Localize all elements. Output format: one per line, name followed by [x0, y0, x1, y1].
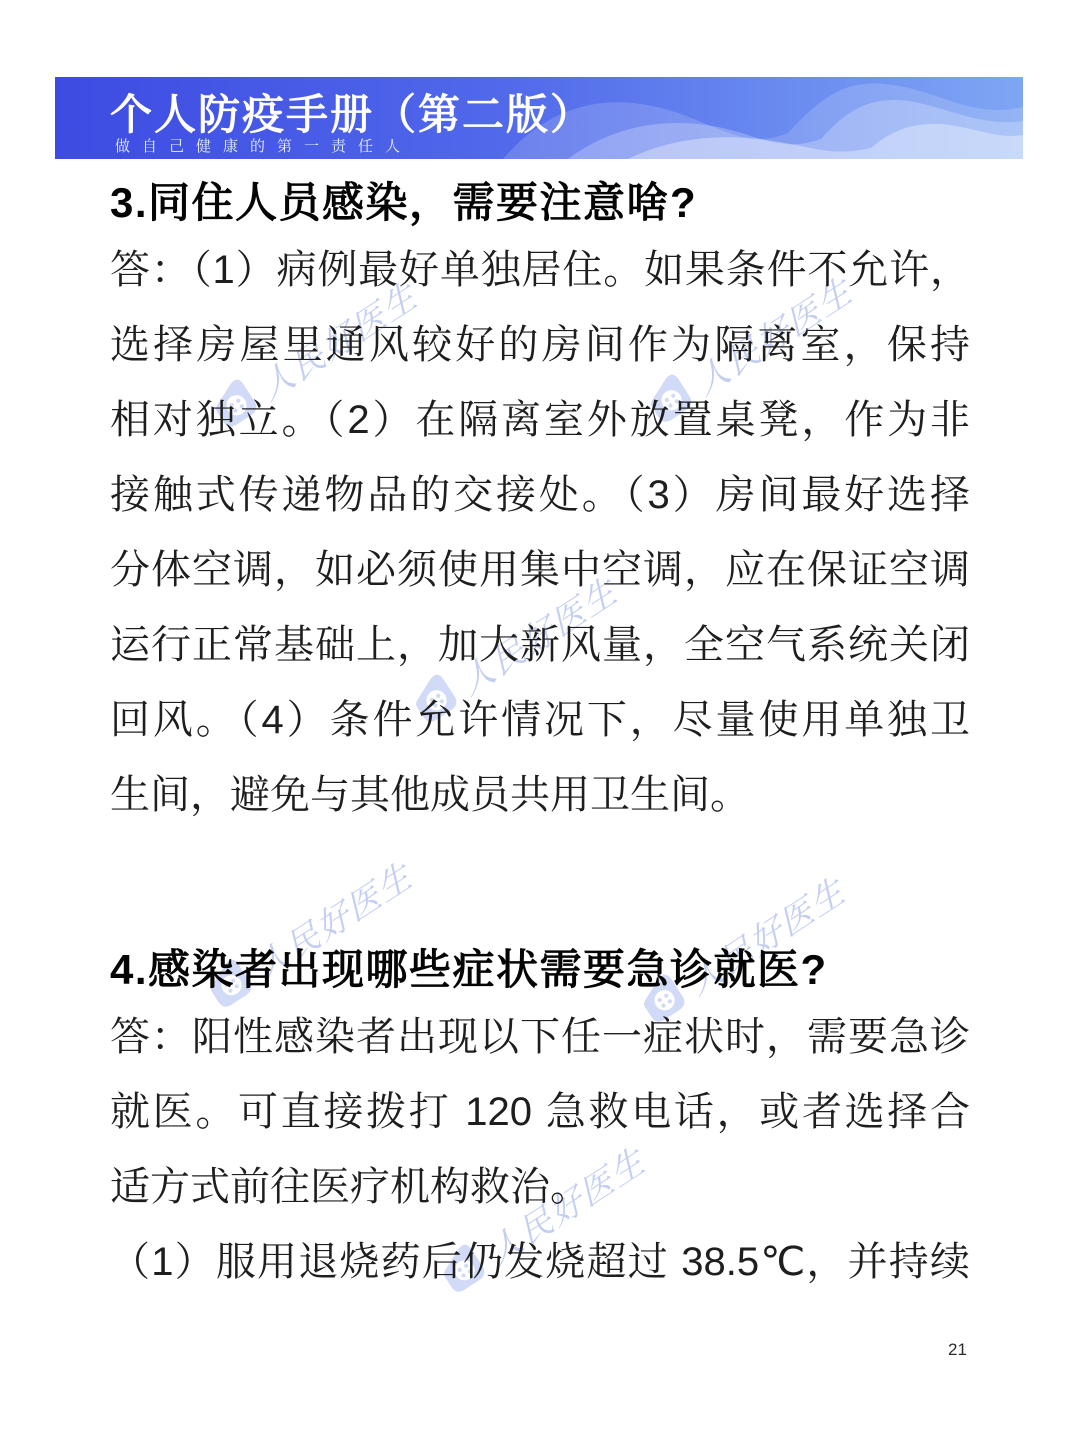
manual-subtitle: 做自己健康的第一责任人	[115, 135, 412, 156]
header-banner: 个人防疫手册（第二版） 做自己健康的第一责任人	[55, 77, 1023, 159]
answer-text-line: 答：（1）病例最好单独居住。如果条件不允许，	[110, 233, 970, 308]
answer-text-line: 运行正常基础上，加大新风量，全空气系统关闭	[110, 608, 970, 683]
page-number: 21	[948, 1340, 967, 1360]
answer-text-line: 相对独立。（2）在隔离室外放置桌凳，作为非	[110, 383, 970, 458]
question-3-heading: 3.同住人员感染，需要注意啥?	[110, 178, 970, 228]
section-question-4: 4.感染者出现哪些症状需要急诊就医? 答：阳性感染者出现以下任一症状时，需要急诊…	[110, 945, 970, 1300]
answer-text-line: 分体空调，如必须使用集中空调，应在保证空调	[110, 533, 970, 608]
answer-text-line: 回风。（4）条件允许情况下，尽量使用单独卫	[110, 683, 970, 758]
answer-text-line: 适方式前往医疗机构救治。	[110, 1150, 970, 1225]
question-4-heading: 4.感染者出现哪些症状需要急诊就医?	[110, 945, 970, 995]
section-question-3: 3.同住人员感染，需要注意啥? 答：（1）病例最好单独居住。如果条件不允许，选择…	[110, 178, 970, 833]
question-4-answer: 答：阳性感染者出现以下任一症状时，需要急诊就医。可直接拨打 120 急救电话，或…	[110, 1000, 970, 1300]
document-page: 人民好医生 人民好医生	[0, 0, 1080, 1442]
answer-text-line: 接触式传递物品的交接处。（3）房间最好选择	[110, 458, 970, 533]
answer-text-line: 答：阳性感染者出现以下任一症状时，需要急诊	[110, 1000, 970, 1075]
question-3-answer: 答：（1）病例最好单独居住。如果条件不允许，选择房屋里通风较好的房间作为隔离室，…	[110, 233, 970, 833]
answer-text-line: 选择房屋里通风较好的房间作为隔离室，保持	[110, 308, 970, 383]
manual-title: 个人防疫手册（第二版）	[110, 82, 594, 142]
answer-text-line: 就医。可直接拨打 120 急救电话，或者选择合	[110, 1075, 970, 1150]
answer-text-line: （1）服用退烧药后仍发烧超过 38.5℃，并持续	[110, 1225, 970, 1300]
page-content: 3.同住人员感染，需要注意啥? 答：（1）病例最好单独居住。如果条件不允许，选择…	[110, 160, 970, 1300]
answer-text-line: 生间，避免与其他成员共用卫生间。	[110, 758, 970, 833]
